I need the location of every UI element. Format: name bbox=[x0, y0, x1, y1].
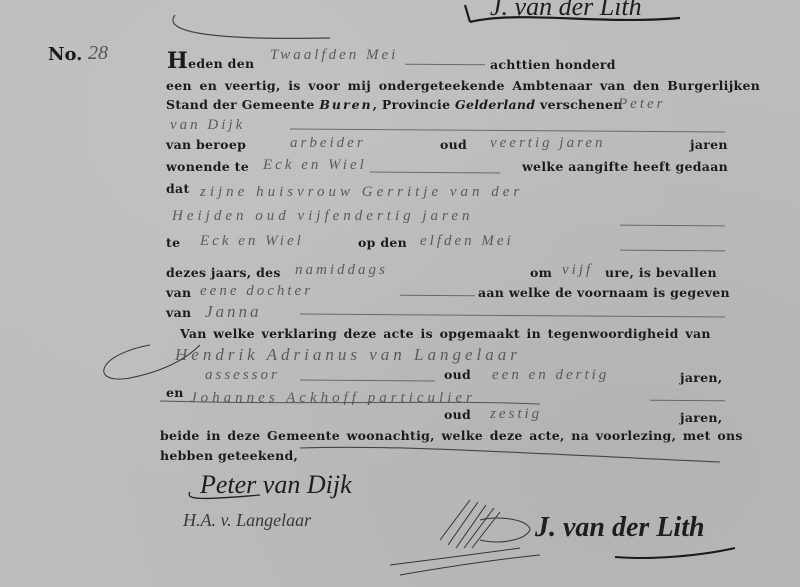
fill-line bbox=[300, 380, 435, 382]
en-label: en bbox=[166, 385, 184, 400]
hand-residence: Eck en Wiel bbox=[263, 157, 367, 174]
hand-witness-1-age: een en dertig bbox=[492, 367, 609, 384]
fill-line bbox=[370, 172, 500, 174]
op-den-label: op den bbox=[358, 235, 407, 250]
dezes-jaars-label: dezes jaars, des bbox=[166, 265, 281, 280]
province-name: Gelderland bbox=[455, 97, 535, 112]
oud-label-3: oud bbox=[444, 407, 471, 422]
jaren-label-2: jaren, bbox=[680, 370, 722, 385]
line-1-suffix: achttien honderd bbox=[490, 57, 616, 72]
line-11-suffix: aan welke de voornaam is gegeven bbox=[478, 285, 730, 300]
fill-line bbox=[620, 250, 725, 252]
line-3: Stand der Gemeente Buren, Provincie Geld… bbox=[166, 97, 623, 112]
line-18: beide in deze Gemeente woonachtig, welke… bbox=[160, 428, 743, 443]
civil-birth-record-page: No. 28 J. van der Lith Heden den Twaalfd… bbox=[0, 0, 800, 587]
record-number-value: 28 bbox=[88, 42, 108, 65]
verschenen-text: verschenen bbox=[540, 97, 623, 112]
line-2: een en veertig, is voor mij ondergeteeke… bbox=[166, 78, 760, 93]
hand-declarant-age: veertig jaren bbox=[490, 135, 606, 152]
hand-hour: vijf bbox=[562, 262, 593, 279]
wonende-te-label: wonende te bbox=[166, 159, 249, 174]
van-label-2: van bbox=[166, 305, 191, 320]
hand-child-sex: eene dochter bbox=[200, 283, 313, 300]
hand-child-name: Janna bbox=[205, 302, 262, 322]
hand-birth-place: Eck en Wiel bbox=[200, 233, 304, 250]
oud-label: oud bbox=[440, 137, 467, 152]
line-1-prefix: Heden den bbox=[167, 48, 254, 74]
hand-witness-2-age: zestig bbox=[490, 406, 542, 423]
line-6-suffix: welke aangifte heeft gedaan bbox=[522, 159, 728, 174]
fill-line bbox=[620, 225, 725, 227]
jaren-label: jaren bbox=[690, 137, 728, 152]
hand-declarant-firstname: Peter bbox=[618, 96, 665, 113]
signature-registrar: J. van der Lith bbox=[535, 512, 705, 544]
hand-witness-1: Hendrik Adrianus van Langelaar bbox=[175, 345, 521, 365]
dat-label: dat bbox=[166, 181, 190, 196]
stand-der-gemeente-text: Stand der Gemeente bbox=[166, 97, 315, 112]
dropcap-h: H bbox=[167, 48, 188, 74]
scribble-mark bbox=[390, 500, 540, 575]
om-label: om bbox=[530, 265, 552, 280]
heden-den-text: eden den bbox=[188, 56, 254, 71]
fill-line bbox=[300, 314, 725, 318]
line-10-suffix: ure, is bevallen bbox=[605, 265, 717, 280]
oud-label-2: oud bbox=[444, 367, 471, 382]
van-beroep-label: van beroep bbox=[166, 137, 246, 152]
hand-date-declaration: Twaalfden Mei bbox=[270, 47, 398, 64]
hand-mother-line-2: Heijden oud vijfendertig jaren bbox=[172, 208, 474, 225]
hand-birth-date: elfden Mei bbox=[420, 233, 514, 250]
line-19: hebben geteekend, bbox=[160, 448, 298, 463]
hand-declarant-surname: van Dijk bbox=[170, 117, 245, 134]
jaren-label-3: jaren, bbox=[680, 410, 722, 425]
record-number-label: No. bbox=[48, 44, 82, 65]
line-13: Van welke verklaring deze acte is opgema… bbox=[180, 326, 711, 341]
signature-declarant: Peter van Dijk bbox=[200, 470, 352, 500]
hand-mother-line-1: zijne huisvrouw Gerritje van der bbox=[200, 184, 523, 201]
hand-time-of-day: namiddags bbox=[295, 262, 388, 279]
van-label: van bbox=[166, 285, 191, 300]
hand-witness-2: Johannes Ackhoff particulier bbox=[190, 390, 476, 407]
te-label: te bbox=[166, 235, 180, 250]
municipality-name: Buren bbox=[319, 97, 372, 112]
fill-line bbox=[290, 128, 725, 132]
top-signature-fragment: J. van der Lith bbox=[490, 0, 642, 22]
fill-line bbox=[650, 400, 725, 402]
fill-line bbox=[400, 295, 475, 297]
hand-occupation: arbeider bbox=[290, 135, 366, 152]
provincie-text: , Provincie bbox=[373, 97, 451, 112]
signature-witness-1: H.A. v. Langelaar bbox=[183, 510, 311, 531]
fill-line bbox=[405, 64, 485, 66]
hand-witness-1-occupation: assessor bbox=[205, 367, 280, 384]
